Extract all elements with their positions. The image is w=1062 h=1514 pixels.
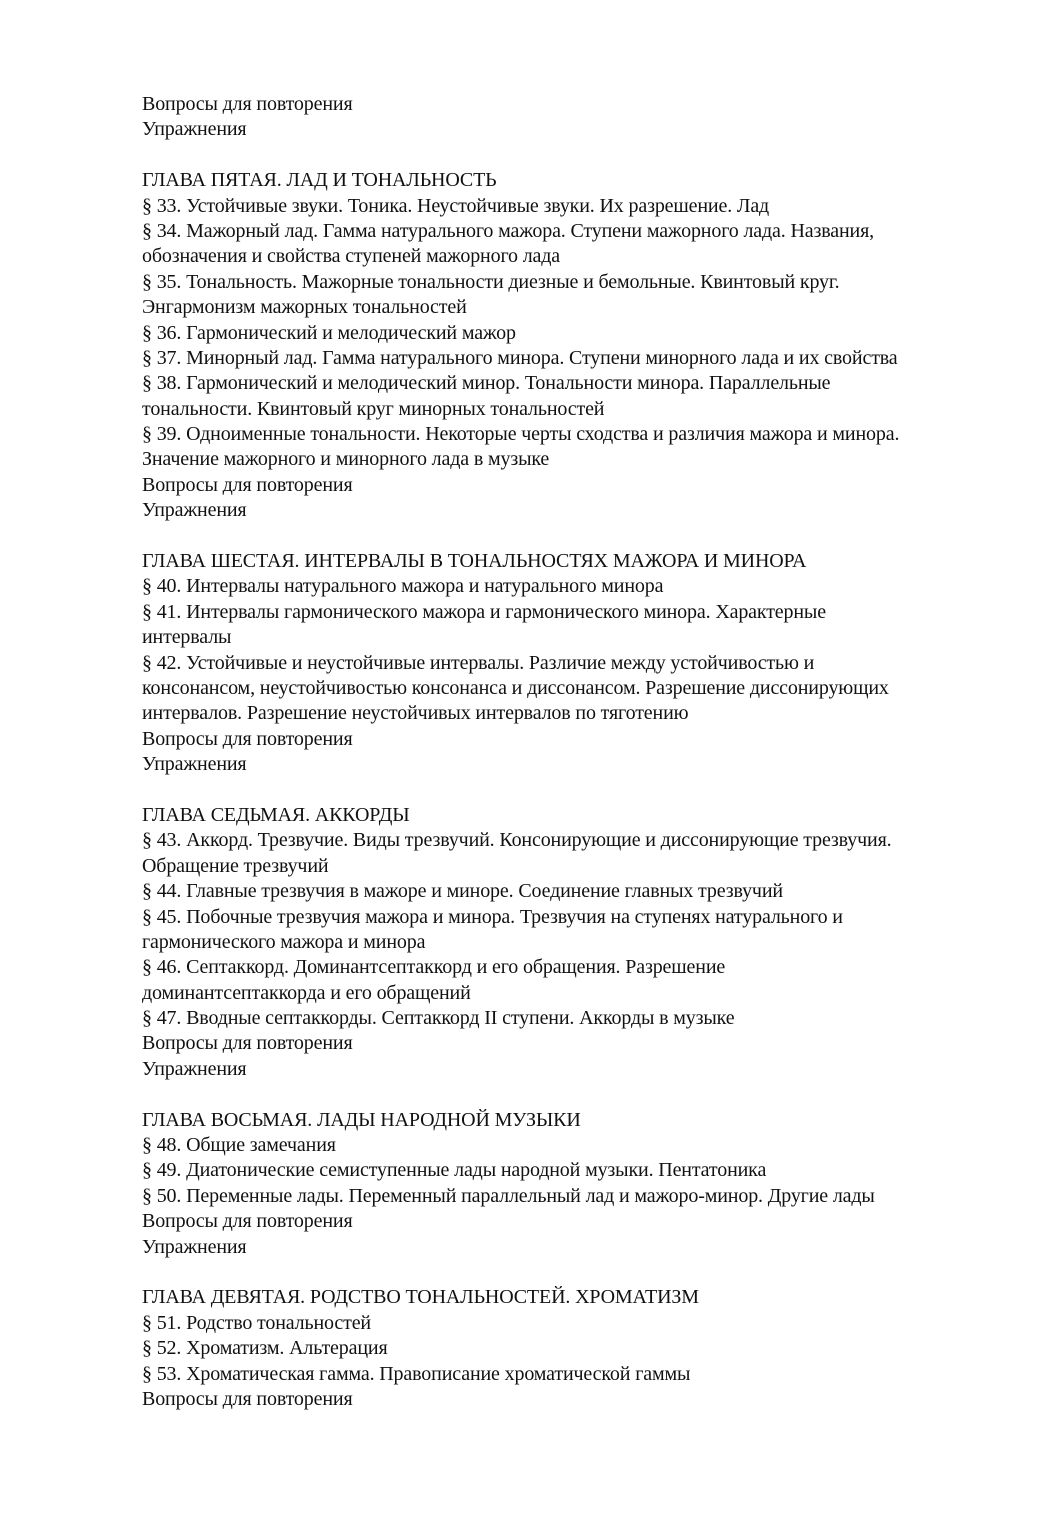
toc-item-review-questions[interactable]: Вопросы для повторения (142, 1387, 1022, 1412)
toc-item-exercises[interactable]: Упражнения (142, 1235, 1022, 1260)
chapter-title[interactable]: ГЛАВА ВОСЬМАЯ. ЛАДЫ НАРОДНОЙ МУЗЫКИ (142, 1108, 1022, 1133)
chapter-6: ГЛАВА ШЕСТАЯ. ИНТЕРВАЛЫ В ТОНАЛЬНОСТЯХ М… (142, 549, 1022, 778)
toc-item[interactable]: § 49. Диатонические семиступенные лады н… (142, 1158, 1022, 1183)
toc-item[interactable]: § 43. Аккорд. Трезвучие. Виды трезвучий.… (142, 828, 1022, 853)
toc-item-exercises[interactable]: Упражнения (142, 752, 1022, 777)
toc-item[interactable]: § 33. Устойчивые звуки. Тоника. Неустойч… (142, 194, 1022, 219)
section-spacer (142, 143, 1022, 168)
toc-item[interactable]: § 39. Одноименные тональности. Некоторые… (142, 422, 1022, 447)
toc-item-continuation[interactable]: интервалов. Разрешение неустойчивых инте… (142, 701, 1022, 726)
toc-item[interactable]: § 38. Гармонический и мелодический минор… (142, 371, 1022, 396)
chapter-title[interactable]: ГЛАВА ПЯТАЯ. ЛАД И ТОНАЛЬНОСТЬ (142, 168, 1022, 193)
toc-item-continuation[interactable]: Энгармонизм мажорных тональностей (142, 295, 1022, 320)
toc-item[interactable]: § 53. Хроматическая гамма. Правописание … (142, 1362, 1022, 1387)
toc-item[interactable]: § 36. Гармонический и мелодический мажор (142, 321, 1022, 346)
toc-item-continuation[interactable]: Обращение трезвучий (142, 854, 1022, 879)
toc-item[interactable]: § 41. Интервалы гармонического мажора и … (142, 600, 1022, 625)
chapter-title[interactable]: ГЛАВА ШЕСТАЯ. ИНТЕРВАЛЫ В ТОНАЛЬНОСТЯХ М… (142, 549, 1022, 574)
toc-item-exercises[interactable]: Упражнения (142, 498, 1022, 523)
toc-item-continuation[interactable]: обозначения и свойства ступеней мажорног… (142, 244, 1022, 269)
chapter-title[interactable]: ГЛАВА ДЕВЯТАЯ. РОДСТВО ТОНАЛЬНОСТЕЙ. ХРО… (142, 1285, 1022, 1310)
toc-item[interactable]: § 40. Интервалы натурального мажора и на… (142, 574, 1022, 599)
document-page: Вопросы для повторения Упражнения ГЛАВА … (142, 92, 1022, 1412)
toc-item[interactable]: § 34. Мажорный лад. Гамма натурального м… (142, 219, 1022, 244)
toc-item-review-questions[interactable]: Вопросы для повторения (142, 1031, 1022, 1056)
toc-item-exercises[interactable]: Упражнения (142, 1057, 1022, 1082)
toc-item-review-questions[interactable]: Вопросы для повторения (142, 473, 1022, 498)
toc-item[interactable]: § 48. Общие замечания (142, 1133, 1022, 1158)
chapter-8: ГЛАВА ВОСЬМАЯ. ЛАДЫ НАРОДНОЙ МУЗЫКИ § 48… (142, 1108, 1022, 1260)
toc-item-continuation[interactable]: гармонического мажора и минора (142, 930, 1022, 955)
intro-section: Вопросы для повторения Упражнения (142, 92, 1022, 143)
section-spacer (142, 778, 1022, 803)
toc-item-review-questions[interactable]: Вопросы для повторения (142, 1209, 1022, 1234)
toc-item[interactable]: § 45. Побочные трезвучия мажора и минора… (142, 905, 1022, 930)
toc-item-continuation[interactable]: Значение мажорного и минорного лада в му… (142, 447, 1022, 472)
section-spacer (142, 1082, 1022, 1107)
toc-item-continuation[interactable]: доминантсептаккорда и его обращений (142, 981, 1022, 1006)
toc-item[interactable]: § 46. Септаккорд. Доминантсептаккорд и е… (142, 955, 1022, 980)
chapter-7: ГЛАВА СЕДЬМАЯ. АККОРДЫ § 43. Аккорд. Тре… (142, 803, 1022, 1082)
toc-item-continuation[interactable]: интервалы (142, 625, 1022, 650)
toc-item[interactable]: § 52. Хроматизм. Альтерация (142, 1336, 1022, 1361)
section-spacer (142, 1260, 1022, 1285)
section-spacer (142, 524, 1022, 549)
toc-item-review-questions[interactable]: Вопросы для повторения (142, 92, 1022, 117)
toc-item[interactable]: § 42. Устойчивые и неустойчивые интервал… (142, 651, 1022, 676)
toc-item-continuation[interactable]: консонансом, неустойчивостью консонанса … (142, 676, 1022, 701)
toc-item[interactable]: § 47. Вводные септаккорды. Септаккорд II… (142, 1006, 1022, 1031)
toc-item[interactable]: § 44. Главные трезвучия в мажоре и минор… (142, 879, 1022, 904)
chapter-9: ГЛАВА ДЕВЯТАЯ. РОДСТВО ТОНАЛЬНОСТЕЙ. ХРО… (142, 1285, 1022, 1412)
chapter-5: ГЛАВА ПЯТАЯ. ЛАД И ТОНАЛЬНОСТЬ § 33. Уст… (142, 168, 1022, 523)
toc-item[interactable]: § 37. Минорный лад. Гамма натурального м… (142, 346, 1022, 371)
toc-item-continuation[interactable]: тональности. Квинтовый круг минорных тон… (142, 397, 1022, 422)
toc-item-review-questions[interactable]: Вопросы для повторения (142, 727, 1022, 752)
chapter-title[interactable]: ГЛАВА СЕДЬМАЯ. АККОРДЫ (142, 803, 1022, 828)
toc-item[interactable]: § 50. Переменные лады. Переменный паралл… (142, 1184, 1022, 1209)
toc-item-exercises[interactable]: Упражнения (142, 117, 1022, 142)
toc-item[interactable]: § 51. Родство тональностей (142, 1311, 1022, 1336)
toc-item[interactable]: § 35. Тональность. Мажорные тональности … (142, 270, 1022, 295)
